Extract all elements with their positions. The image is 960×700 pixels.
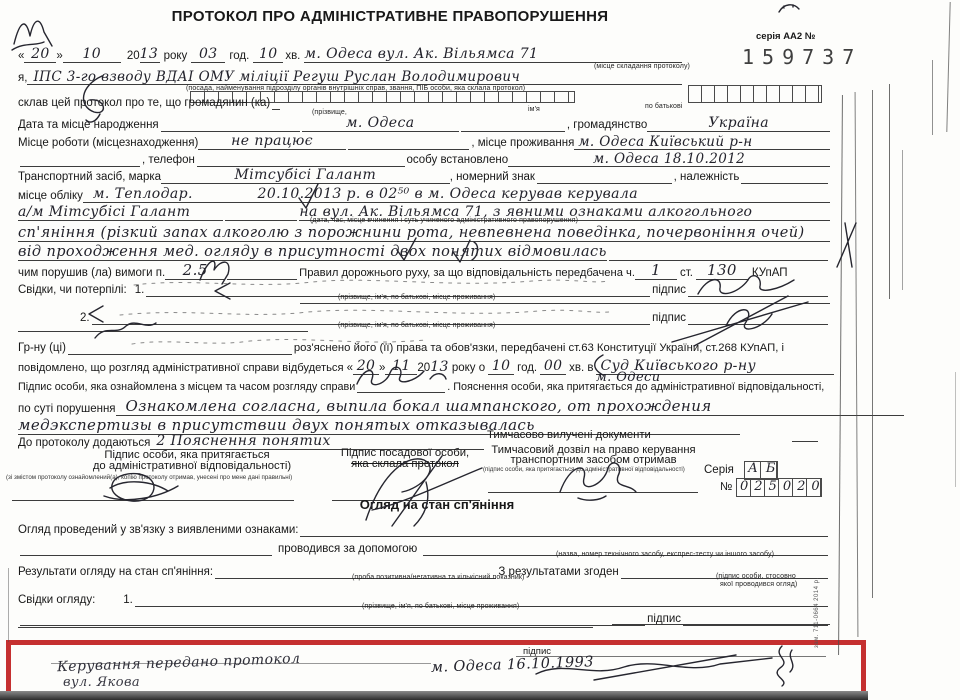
signature-permit: [548, 456, 643, 504]
printer-imprint: зам. 711-0664 2014 р.: [814, 577, 820, 648]
residence-label: , місце проживання: [471, 137, 574, 150]
scan-artifact-line: [889, 84, 890, 299]
place-caption: (місце складання протоколу): [594, 63, 690, 70]
article-label: ст.: [680, 267, 693, 280]
birthplace-handwritten: м. Одеса: [302, 116, 459, 132]
series-number: 159737: [742, 45, 862, 69]
scan-artifact-line: [872, 90, 873, 598]
birth-row: Дата та місце народження м. Одеса , гром…: [18, 116, 830, 132]
permit-series-handwritten: АБ: [748, 462, 783, 476]
scan-artifact-line: [902, 150, 903, 290]
exam-label: Огляд проведений у зв'язку з виявленими …: [18, 524, 298, 537]
form-title: ПРОТОКОЛ ПРО АДМІНІСТРАТИВНЕ ПРАВОПОРУШЕ…: [150, 8, 630, 25]
signature-witness-2: [660, 292, 820, 350]
note-handwritten-1: Керування передано протокол: [57, 652, 301, 675]
citizen-row: склав цей протокол про те, що громадянин…: [18, 97, 830, 110]
witnesses-label: Свідки, чи потерпілі:: [18, 284, 127, 297]
vehicle-row: Транспортний засіб, марка Мітсубісі Гала…: [18, 168, 830, 184]
blank-line: [18, 331, 308, 332]
roku-label: року: [164, 50, 188, 63]
note-handwritten-2: вул. Якова: [63, 676, 140, 690]
signature-note: [530, 648, 780, 686]
phone-row: , телефон особу встановлено м. Одеса 18.…: [18, 152, 830, 167]
offense-datetime-handwritten: 20.10.2013 р. в 02⁵⁰ в м. Одеса керував …: [244, 187, 830, 203]
pen-mark-smiley: [776, 0, 802, 18]
work-handwritten: не працює: [198, 134, 346, 150]
seized-docs-label: Тимчасово вилучені документи: [487, 429, 651, 441]
pen-scribble-witness-2: [118, 306, 618, 320]
scan-artifact-line: [932, 60, 933, 135]
identified-handwritten: м. Одеса 18.10.2012: [508, 152, 830, 167]
series-label: серія АА2 №: [756, 31, 815, 42]
roku-label: року о: [452, 362, 485, 375]
blank-line: [20, 622, 645, 626]
signature-official: [330, 448, 495, 528]
registration-label: місце обліку: [18, 190, 83, 203]
scan-artifact-line: [838, 95, 843, 655]
place-handwritten: м. Одеса вул. Ак. Вільямса 71: [304, 47, 682, 63]
phone-label: , телефон: [142, 154, 195, 167]
residence-handwritten: м. Одеса Київський р-н: [574, 135, 830, 150]
device-caption: (назва, номер технічного засобу, експрес…: [556, 551, 774, 558]
results-caption: (проба позитивна/негативна та кількісний…: [352, 574, 524, 581]
protocol-scan: ПРОТОКОЛ ПРО АДМІНІСТРАТИВНЕ ПРАВОПОРУШЕ…: [0, 0, 960, 700]
acknowledge-label: Підпис особи, яка ознайомлена з місцем т…: [18, 381, 355, 393]
vehicle-label: Транспортний засіб, марка: [18, 171, 161, 184]
plate-label: , номерний знак: [450, 171, 535, 184]
agree-caption-2: якої проводився огляд): [720, 581, 797, 588]
offense-row-2: сп'яніння (різкий запах алкоголю з порож…: [18, 226, 830, 242]
agree-caption-1: (підпис особи, стосовно: [716, 573, 796, 580]
blank-line: [537, 180, 672, 184]
blank-line: [18, 627, 593, 628]
signature-accused: [92, 464, 187, 508]
blank-line: [348, 146, 470, 150]
pen-checkmark: [450, 236, 480, 268]
explanation-handwritten-1: Ознакомлена согласна, выпила бокал шампа…: [116, 399, 904, 416]
minute-handwritten: 10: [253, 47, 283, 63]
surname-caption: (прізвище,: [312, 109, 347, 116]
pen-stroke-margin: [830, 220, 860, 270]
scan-bottom-edge: [0, 691, 868, 700]
witness-1-caption: (прізвище, ім'я, по батькові, місце прож…: [338, 294, 495, 301]
scan-artifact-line: [855, 92, 859, 637]
pen-bracket-mark: [588, 352, 606, 376]
work-row: Місце роботи (місцезнаходження) не працю…: [18, 134, 830, 150]
officer-label: я,: [18, 72, 27, 85]
registration-row: місце обліку м. Теплодар. 20.10.2013 р. …: [18, 187, 830, 203]
results-label: Результати огляду на стан сп'яніння:: [18, 566, 213, 579]
blank-line: [792, 441, 818, 442]
pen-checkmark: [296, 180, 322, 214]
khv-label: хв.: [285, 50, 300, 63]
citizenship-label: , громадянство: [567, 119, 647, 132]
witness-2-caption: (прізвище, ім'я, по батькові, місце прож…: [338, 322, 495, 329]
permit-number-label: №: [720, 481, 732, 493]
pen-scribble-note: [762, 642, 802, 688]
exam-witness-label: Свідки огляду:: [18, 594, 95, 607]
registration-handwritten: м. Теплодар.: [83, 187, 244, 203]
violation-part-handwritten: 1: [635, 263, 677, 280]
scan-artifact-line: [946, 2, 950, 132]
offense-refusal-handwritten: від проходження мед. огляду в присутност…: [18, 245, 607, 261]
offense-vehicle-handwritten: а/м Мітсубісі Галант: [18, 205, 223, 221]
offense-row-3: від проходження мед. огляду в присутност…: [18, 245, 830, 261]
ownership-label: , належність: [674, 171, 740, 184]
explanation-label: по суті порушення: [18, 403, 116, 416]
explanation-header: . Пояснення особи, яка притягається до а…: [447, 381, 824, 393]
identified-label: особу встановлено: [407, 154, 509, 167]
year-handwritten: 13: [140, 47, 160, 63]
blank-line: [741, 180, 828, 184]
device-label: проводився за допомогою: [278, 543, 417, 556]
pen-scribble-witness-1: [132, 276, 612, 290]
scan-artifact-line: [955, 372, 956, 487]
blank-line: [225, 217, 297, 221]
signature-acknowledge: [352, 362, 452, 392]
blank-line: [20, 163, 140, 167]
blank-line: [68, 351, 292, 355]
hod-label: год.: [229, 50, 249, 63]
permit-number-handwritten: 025020: [740, 480, 826, 494]
work-label: Місце роботи (місцезнаходження): [18, 137, 198, 150]
pen-flourish-officer: [72, 72, 122, 122]
hearing-label: повідомлено, що розгляд адміністративної…: [18, 362, 344, 375]
name-caption: ім'я: [528, 106, 540, 113]
date-place-row: « 20 » 10 20 13 року 03 год. 10 хв. м. О…: [18, 47, 682, 63]
attachments-label: До протоколу додаються: [18, 437, 150, 450]
citizenship-handwritten: Україна: [647, 116, 830, 132]
month-handwritten: 10: [63, 47, 121, 63]
blank-line: [461, 128, 565, 132]
officer-handwritten: ІПС 3-го взводу ВДАІ ОМУ міліції Регуш Р…: [27, 70, 682, 85]
patronymic-caption: по батькові: [645, 103, 682, 110]
blank-line: [612, 624, 830, 625]
exam-witness-number: 1.: [123, 594, 133, 607]
citizen-label: склав цей протокол про те, що громадянин…: [18, 97, 270, 110]
rights-label: Гр-ну (ці): [18, 342, 66, 355]
hearing-minute-handwritten: 00: [540, 359, 566, 375]
pen-mark-corner: [10, 12, 60, 52]
explanation-row-1: по суті порушення Ознакомлена согласна, …: [18, 399, 904, 416]
pen-scribble: [130, 336, 430, 348]
blank-line: [300, 533, 828, 537]
year-prefix: 20: [127, 50, 140, 63]
blank-line: [161, 128, 300, 132]
offense-signs-handwritten: сп'яніння (різкий запах алкоголю з порож…: [18, 226, 830, 242]
pen-checkmark: [394, 234, 420, 266]
scan-artifact-line: [8, 568, 9, 642]
hour-handwritten: 03: [191, 47, 225, 63]
hearing-hour-handwritten: 10: [488, 359, 514, 375]
permit-series-label: Серія: [704, 464, 734, 476]
blank-line: [20, 552, 272, 556]
offense-caption: (дата, час, місце вчинення і суть учинен…: [310, 217, 578, 224]
exam-witness-caption: (прізвище, ім'я, по батькові, місце прож…: [362, 603, 519, 610]
hod-label: год.: [517, 362, 537, 375]
blank-line: [272, 106, 280, 110]
